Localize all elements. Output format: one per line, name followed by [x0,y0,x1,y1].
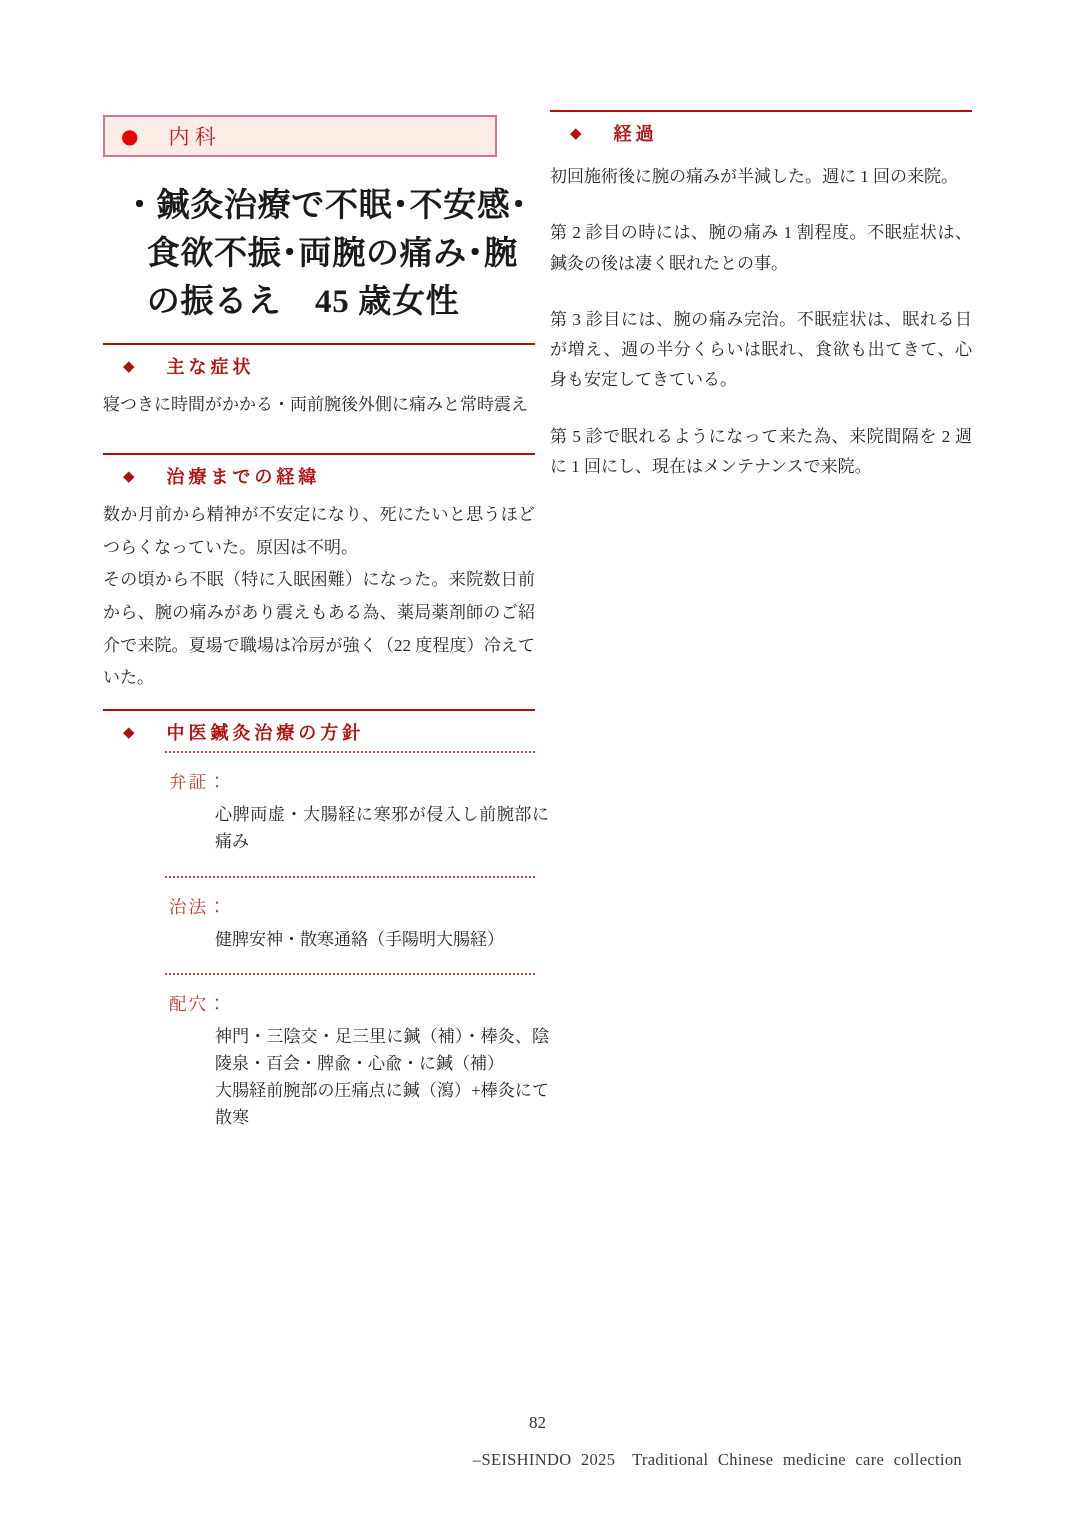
policy-item-benshou: 弁証： 心脾両虚・大腸経に寒邪が侵入し前腕部に痛み [103,751,535,856]
section-heading-row: ◆ 治療までの経緯 [103,455,535,495]
section-heading-symptoms: 主な症状 [167,353,255,379]
progress-paragraph: 第 2 診目の時には、腕の痛み 1 割程度。不眠症状は、鍼灸の後は凄く眠れたとの… [550,218,972,279]
section-history: ◆ 治療までの経緯 数か月前から精神が不安定になり、死にたいと思うほどつらくなっ… [103,453,535,695]
policy-item-haiketsu: 配穴： 神門・三陰交・足三里に鍼（補）・棒灸、陰陵泉・百会・脾兪・心兪・に鍼（補… [103,973,535,1131]
policy-item-text: 神門・三陰交・足三里に鍼（補）・棒灸、陰陵泉・百会・脾兪・心兪・に鍼（補） 大腸… [215,1024,549,1131]
section-heading-progress: 経過 [614,120,658,146]
section-heading-policy: 中医鍼灸治療の方針 [167,719,365,745]
progress-paragraph: 初回施術後に腕の痛みが半減した。週に 1 回の来院。 [550,162,972,192]
category-box: ● 内科 [103,115,497,157]
policy-item-label: 配穴： [169,991,535,1016]
category-bullet-icon: ● [121,126,138,146]
dotted-separator [165,973,535,975]
section-heading-row: ◆ 経過 [550,112,972,152]
history-body: 数か月前から精神が不安定になり、死にたいと思うほどつらくなっていた。原因は不明。… [103,499,535,695]
diamond-icon: ◆ [570,124,582,142]
section-progress: ◆ 経過 初回施術後に腕の痛みが半減した。週に 1 回の来院。 第 2 診目の時… [550,110,972,482]
symptoms-body: 寝つきに時間がかかる・両前腕後外側に痛みと常時震え [103,389,535,422]
left-column: ● 内科 ・鍼灸治療で不眠･不安感･ 食欲不振･両腕の痛み･腕 の振るえ 45 … [103,115,535,1132]
policy-item-label: 弁証： [169,769,535,794]
policy-item-chihou: 治法： 健脾安神・散寒通絡（手陽明大腸経） [103,876,535,954]
policy-item-text: 心脾両虚・大腸経に寒邪が侵入し前腕部に痛み [215,802,549,856]
policy-item-text: 健脾安神・散寒通絡（手陽明大腸経） [215,927,549,954]
page-number: 82 [0,1413,1075,1433]
section-policy: ◆ 中医鍼灸治療の方針 弁証： 心脾両虚・大腸経に寒邪が侵入し前腕部に痛み 治法… [103,709,535,1132]
progress-paragraph: 第 3 診目には、腕の痛み完治。不眠症状は、眠れる日が増え、週の半分くらいは眠れ… [550,305,972,396]
section-heading-row: ◆ 主な症状 [103,345,535,385]
right-column: ◆ 経過 初回施術後に腕の痛みが半減した。週に 1 回の来院。 第 2 診目の時… [550,110,972,482]
document-page: ● 内科 ・鍼灸治療で不眠･不安感･ 食欲不振･両腕の痛み･腕 の振るえ 45 … [0,0,1075,1518]
category-label: 内科 [168,121,221,151]
dotted-separator [165,751,535,753]
diamond-icon: ◆ [123,467,135,485]
dotted-separator [165,876,535,878]
policy-item-label: 治法： [169,894,535,919]
progress-paragraph: 第 5 診で眠れるようになって来た為、来院間隔を 2 週に 1 回にし、現在はメ… [550,422,972,483]
footer-credit: –SEISHINDO 2025 Traditional Chinese medi… [473,1446,962,1470]
section-heading-history: 治療までの経緯 [167,463,321,489]
section-symptoms: ◆ 主な症状 寝つきに時間がかかる・両前腕後外側に痛みと常時震え [103,343,535,422]
diamond-icon: ◆ [123,357,135,375]
case-title: ・鍼灸治療で不眠･不安感･ 食欲不振･両腕の痛み･腕 の振るえ 45 歳女性 [123,183,535,327]
section-heading-row: ◆ 中医鍼灸治療の方針 [103,711,535,751]
diamond-icon: ◆ [123,723,135,741]
